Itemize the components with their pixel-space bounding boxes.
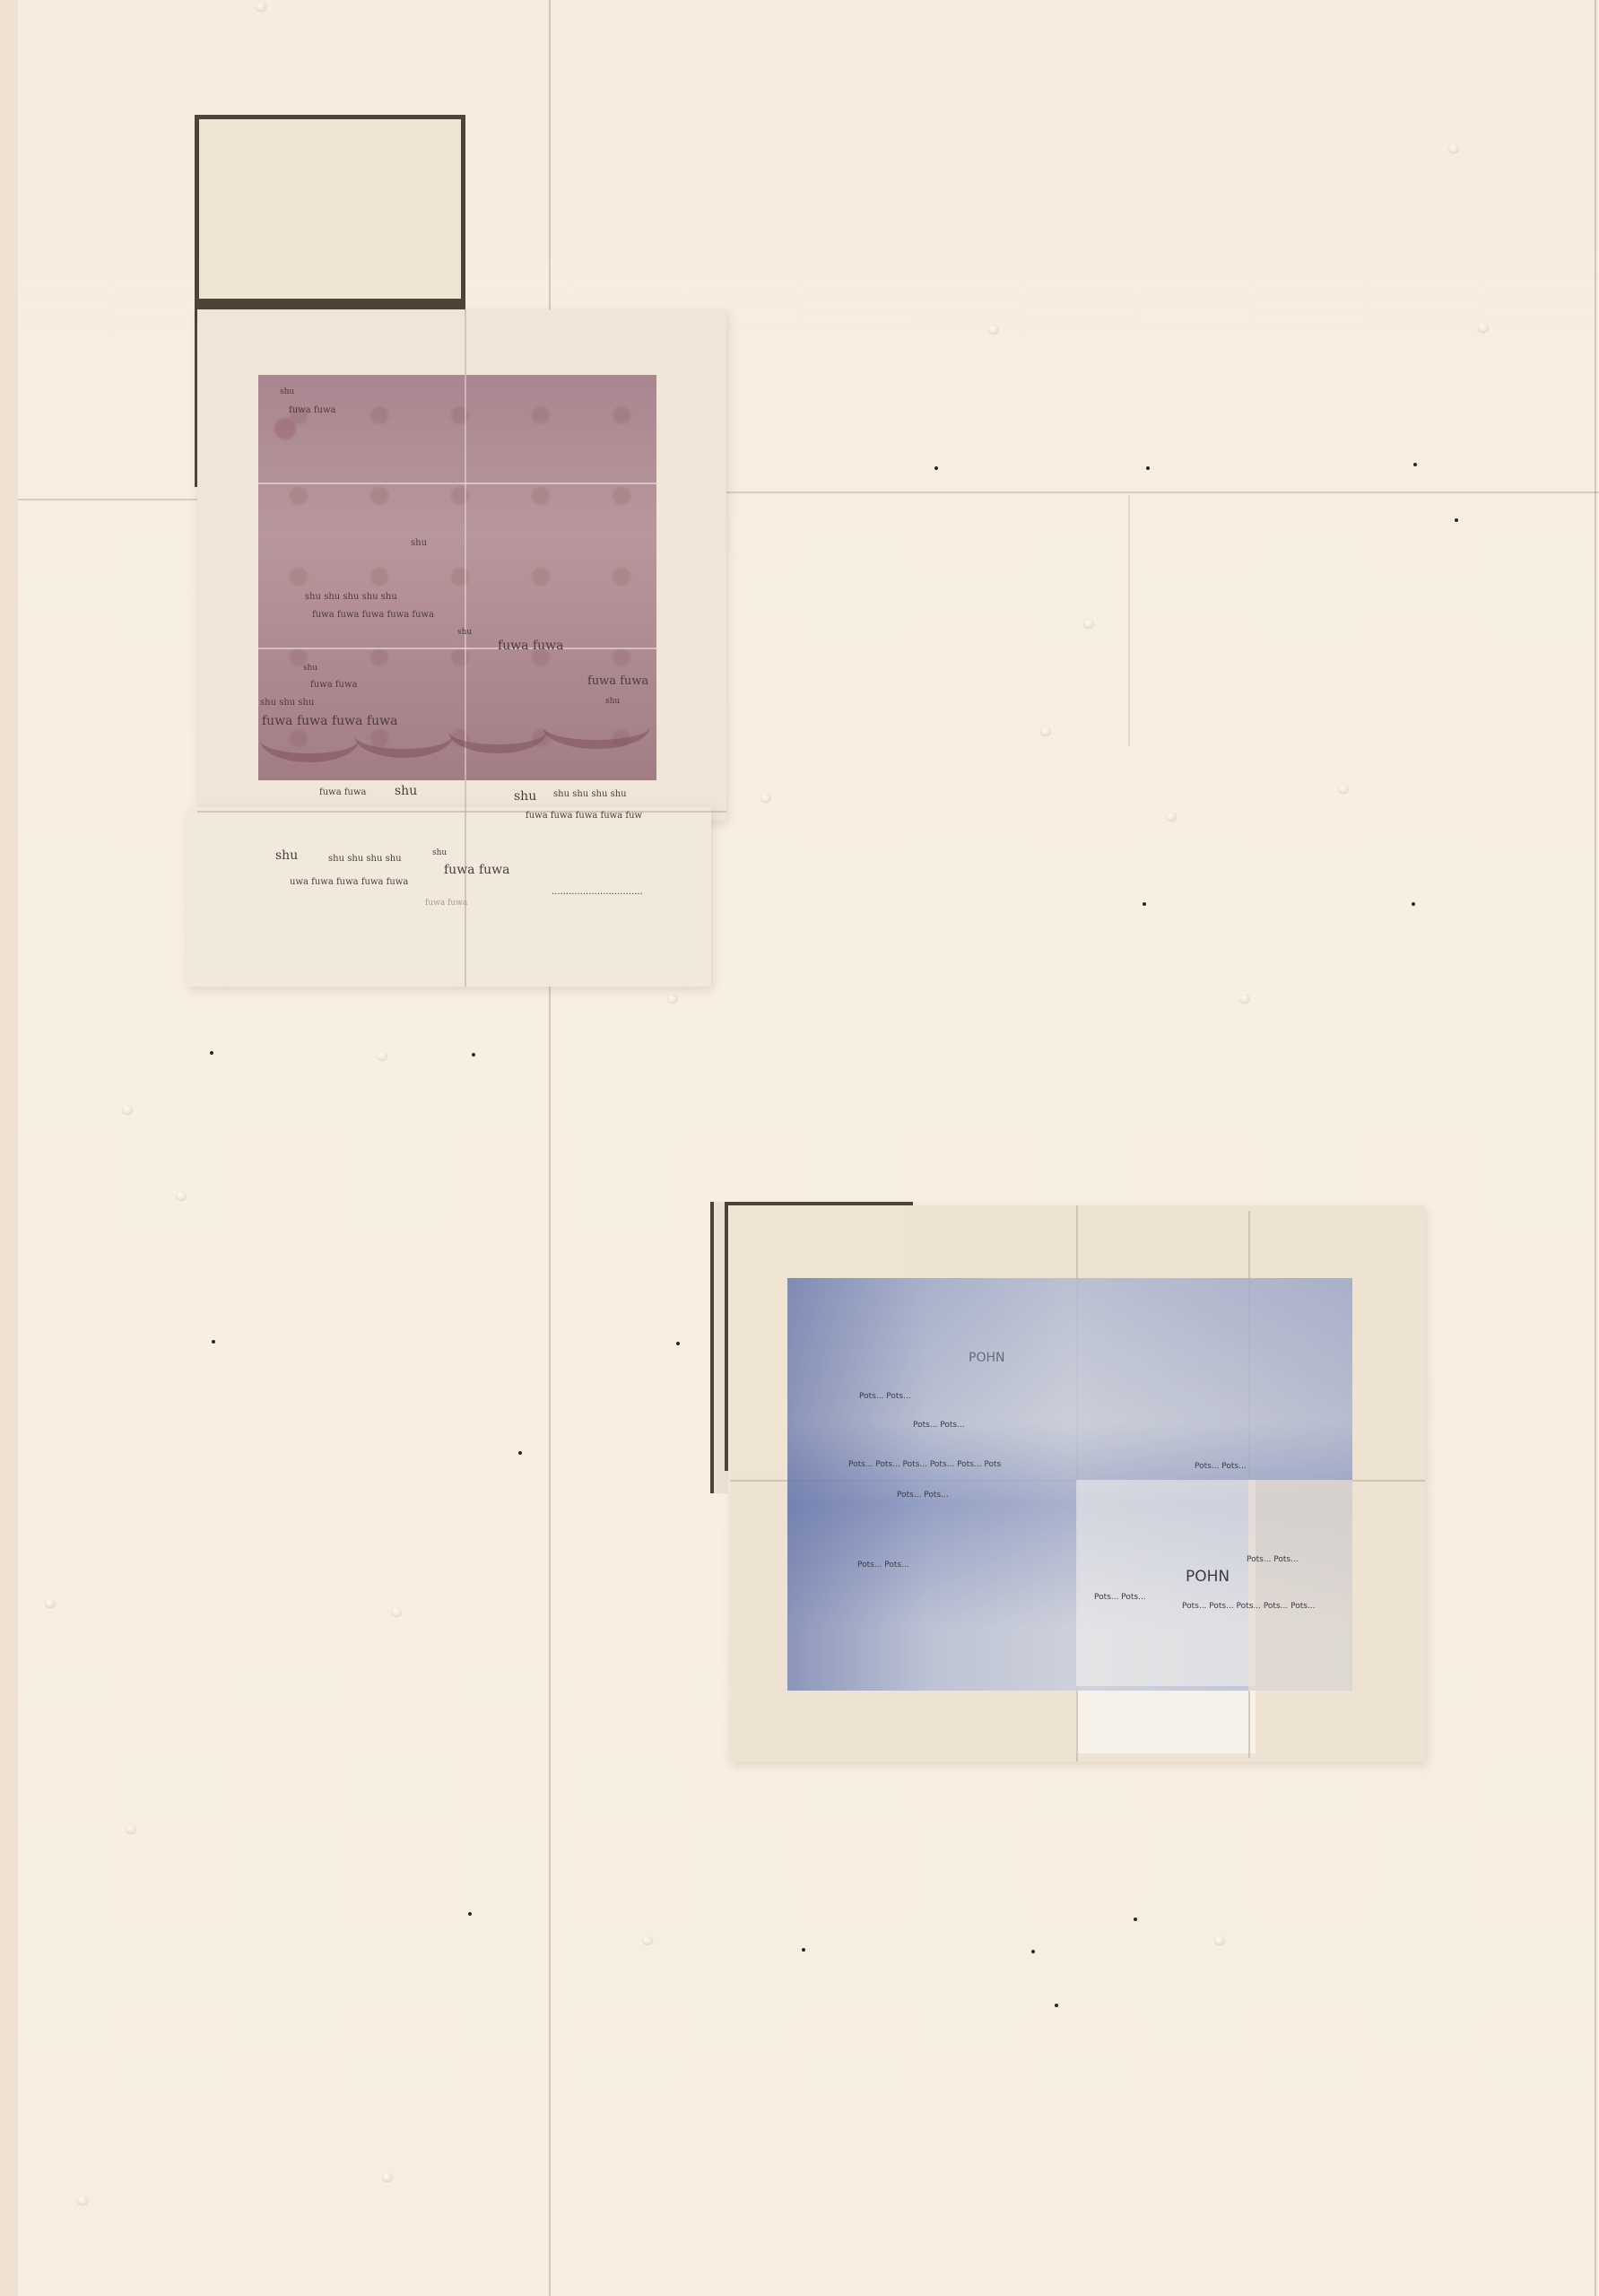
print-fold	[258, 648, 656, 649]
wall-mark	[1031, 1950, 1035, 1953]
pots-text: Pots... Pots...	[1247, 1555, 1299, 1564]
poem-text: fuwa fuwa	[498, 639, 564, 653]
poem-text: fuwa fuwa fuwa fuwa	[262, 714, 397, 728]
wall-mark	[472, 1053, 475, 1057]
wall-screw	[176, 1191, 187, 1200]
wall-mark	[1055, 2004, 1058, 2007]
poem-text: shu shu shu shu	[328, 854, 402, 864]
wall-screw	[642, 1935, 653, 1944]
pots-text: Pots... Pots... Pots... Pots... Pots...	[1182, 1602, 1316, 1611]
wall-screw	[45, 1598, 56, 1607]
poem-text: shu	[411, 538, 427, 548]
wall-screw	[1239, 994, 1250, 1003]
wall-screw	[988, 325, 999, 334]
wall-screw	[391, 1607, 402, 1616]
wall-mark	[212, 1340, 215, 1344]
scallop-pattern	[543, 704, 650, 749]
poem-text: shu shu shu shu shu	[305, 592, 397, 602]
poem-text: fuwa fuwa	[587, 674, 648, 688]
poem-text: shu shu shu	[260, 698, 314, 708]
poem-text: fuwa fuwa	[310, 680, 358, 690]
poem-text: uwa fuwa fuwa fuwa fuwa	[290, 877, 408, 887]
pots-text: Pots... Pots...	[897, 1491, 949, 1500]
poem-text: fuwa fuwa	[444, 863, 510, 877]
frame-box-top	[195, 115, 465, 310]
wall-screw	[1338, 784, 1349, 793]
wall-edge	[0, 0, 18, 2296]
poem-text: shu	[303, 664, 317, 673]
scallop-pattern	[448, 709, 547, 753]
pohn-text: POHN	[1186, 1568, 1230, 1586]
poem-text: fuwa fuwa	[289, 405, 336, 415]
dotted-line: ································	[552, 890, 643, 900]
poem-text: shu	[514, 789, 536, 804]
wall-mark	[802, 1948, 805, 1952]
paper-fold	[197, 811, 726, 813]
poem-text: shu	[280, 387, 294, 396]
pots-text: Pots... Pots...	[859, 1392, 911, 1401]
poem-text: shu	[457, 628, 472, 637]
poem-text: shu	[605, 697, 620, 706]
frame-spine	[725, 1202, 728, 1471]
wall-mark	[1413, 463, 1417, 466]
wall-screw	[1448, 143, 1459, 152]
pots-text: Pots... Pots...	[857, 1561, 909, 1570]
pots-text: Pots... Pots... Pots... Pots... Pots... …	[848, 1460, 1001, 1469]
wall-screw	[1083, 619, 1094, 628]
pots-text: Pots... Pots...	[1094, 1593, 1146, 1602]
wall-mark	[518, 1451, 522, 1455]
frame-ledge	[195, 299, 465, 306]
poem-text: fuwa fuwa	[319, 787, 367, 797]
wall-mark	[210, 1051, 213, 1055]
wall-screw	[382, 2172, 393, 2181]
print-overlay	[1248, 1480, 1352, 1691]
wall-screw	[760, 793, 771, 802]
wall-mark	[1146, 466, 1150, 470]
poem-text: shu shu shu shu	[553, 789, 627, 799]
wall-seam-right	[1595, 0, 1596, 2296]
wall-mark	[468, 1912, 472, 1916]
wall-screw	[1214, 1935, 1225, 1944]
poem-text: fuwa fuwa	[425, 899, 467, 908]
print-fold	[258, 483, 656, 484]
wall-screw	[77, 2196, 88, 2205]
wall-seam-short	[1128, 495, 1130, 746]
wall-mark	[1412, 902, 1415, 906]
pots-text: Pots... Pots...	[913, 1421, 965, 1430]
wall-screw	[667, 994, 678, 1003]
wall-mark	[1143, 902, 1146, 906]
pots-text: Pots... Pots...	[1195, 1462, 1247, 1471]
wall-mark	[1134, 1918, 1137, 1921]
poem-text: fuwa fuwa fuwa fuwa fuw	[526, 811, 642, 821]
poem-text: shu	[432, 848, 447, 857]
poem-text: shu	[395, 784, 417, 798]
wall-screw	[256, 2, 266, 11]
wall-screw	[122, 1105, 133, 1114]
wall-screw	[1478, 323, 1489, 332]
wall-screw	[1166, 812, 1177, 821]
poem-text: fuwa fuwa fuwa fuwa fuwa	[312, 610, 434, 620]
wall-screw	[126, 1824, 136, 1833]
wall-mark	[1455, 518, 1458, 522]
wall-mark	[934, 466, 938, 470]
poem-text: shu	[275, 848, 298, 863]
wall-screw	[1040, 726, 1051, 735]
pohn-text-faint: POHN	[969, 1351, 1004, 1365]
wall-screw	[377, 1051, 387, 1060]
wall-mark	[676, 1342, 680, 1345]
